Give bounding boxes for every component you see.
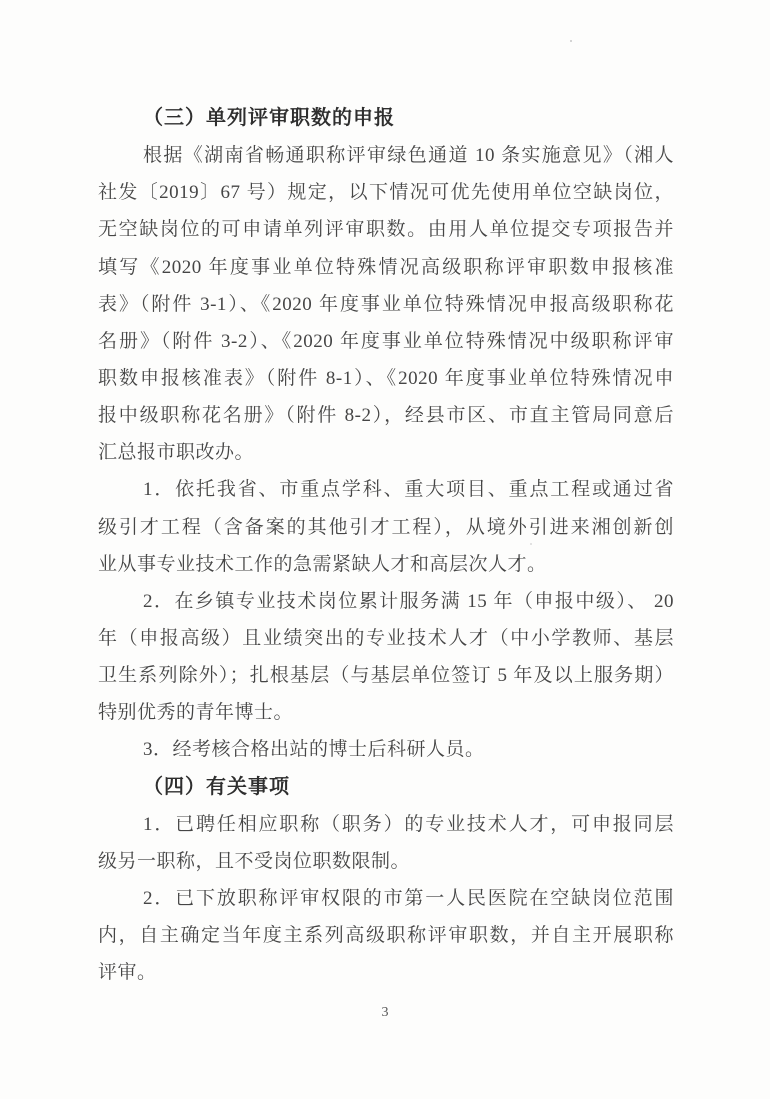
text-line: 2．已下放职称评审权限的市第一人民医院在空缺岗位范围 <box>98 880 674 917</box>
scan-speck <box>570 40 572 42</box>
text-line: 1．已聘任相应职称（职务）的专业技术人才，可申报同层 <box>98 806 674 843</box>
text-line: 3．经考核合格出站的博士后科研人员。 <box>98 731 674 768</box>
document-page: （三）单列评审职数的申报根据《湖南省畅通职称评审绿色通道 10 条实施意见》（湘… <box>0 0 770 1099</box>
text-line: 1．依托我省、市重点学科、重大项目、重点工程或通过省 <box>98 471 674 508</box>
text-line: 年（申报高级）且业绩突出的专业技术人才（中小学教师、基层 <box>98 620 674 657</box>
text-line: 级另一职称，且不受岗位职数限制。 <box>98 843 674 880</box>
text-line: 内，自主确定当年度主系列高级职称评审职数，并自主开展职称 <box>98 917 674 954</box>
text-line: 特别优秀的青年博士。 <box>98 694 674 731</box>
text-line: 无空缺岗位的可申请单列评审职数。由用人单位提交专项报告并 <box>98 211 674 248</box>
text-line: 级引才工程（含备案的其他引才工程），从境外引进来湘创新创 <box>98 509 674 546</box>
text-line: 填写《2020 年度事业单位特殊情况高级职称评审职数申报核准 <box>98 249 674 286</box>
section-heading: （三）单列评审职数的申报 <box>98 100 674 137</box>
text-line: 业从事专业技术工作的急需紧缺人才和高层次人才。 <box>98 546 674 583</box>
text-line: 名册》（附件 3-2）、《2020 年度事业单位特殊情况中级职称评审 <box>98 323 674 360</box>
document-body: （三）单列评审职数的申报根据《湖南省畅通职称评审绿色通道 10 条实施意见》（湘… <box>98 100 674 991</box>
section-heading: （四）有关事项 <box>98 769 674 806</box>
text-line: 汇总报市职改办。 <box>98 434 674 471</box>
text-line: 2．在乡镇专业技术岗位累计服务满 15 年（申报中级）、 20 <box>98 583 674 620</box>
text-line: 报中级职称花名册》（附件 8-2），经县市区、市直主管局同意后 <box>98 397 674 434</box>
text-line: 社发〔2019〕67 号）规定，以下情况可优先使用单位空缺岗位， <box>98 174 674 211</box>
text-line: 职数申报核准表》（附件 8-1）、《2020 年度事业单位特殊情况申 <box>98 360 674 397</box>
text-line: 评审。 <box>98 954 674 991</box>
text-line: 卫生系列除外）；扎根基层（与基层单位签订 5 年及以上服务期） <box>98 657 674 694</box>
text-line: 表》（附件 3-1）、《2020 年度事业单位特殊情况申报高级职称花 <box>98 286 674 323</box>
text-line: 根据《湖南省畅通职称评审绿色通道 10 条实施意见》（湘人 <box>98 137 674 174</box>
page-number: 3 <box>0 1005 770 1021</box>
